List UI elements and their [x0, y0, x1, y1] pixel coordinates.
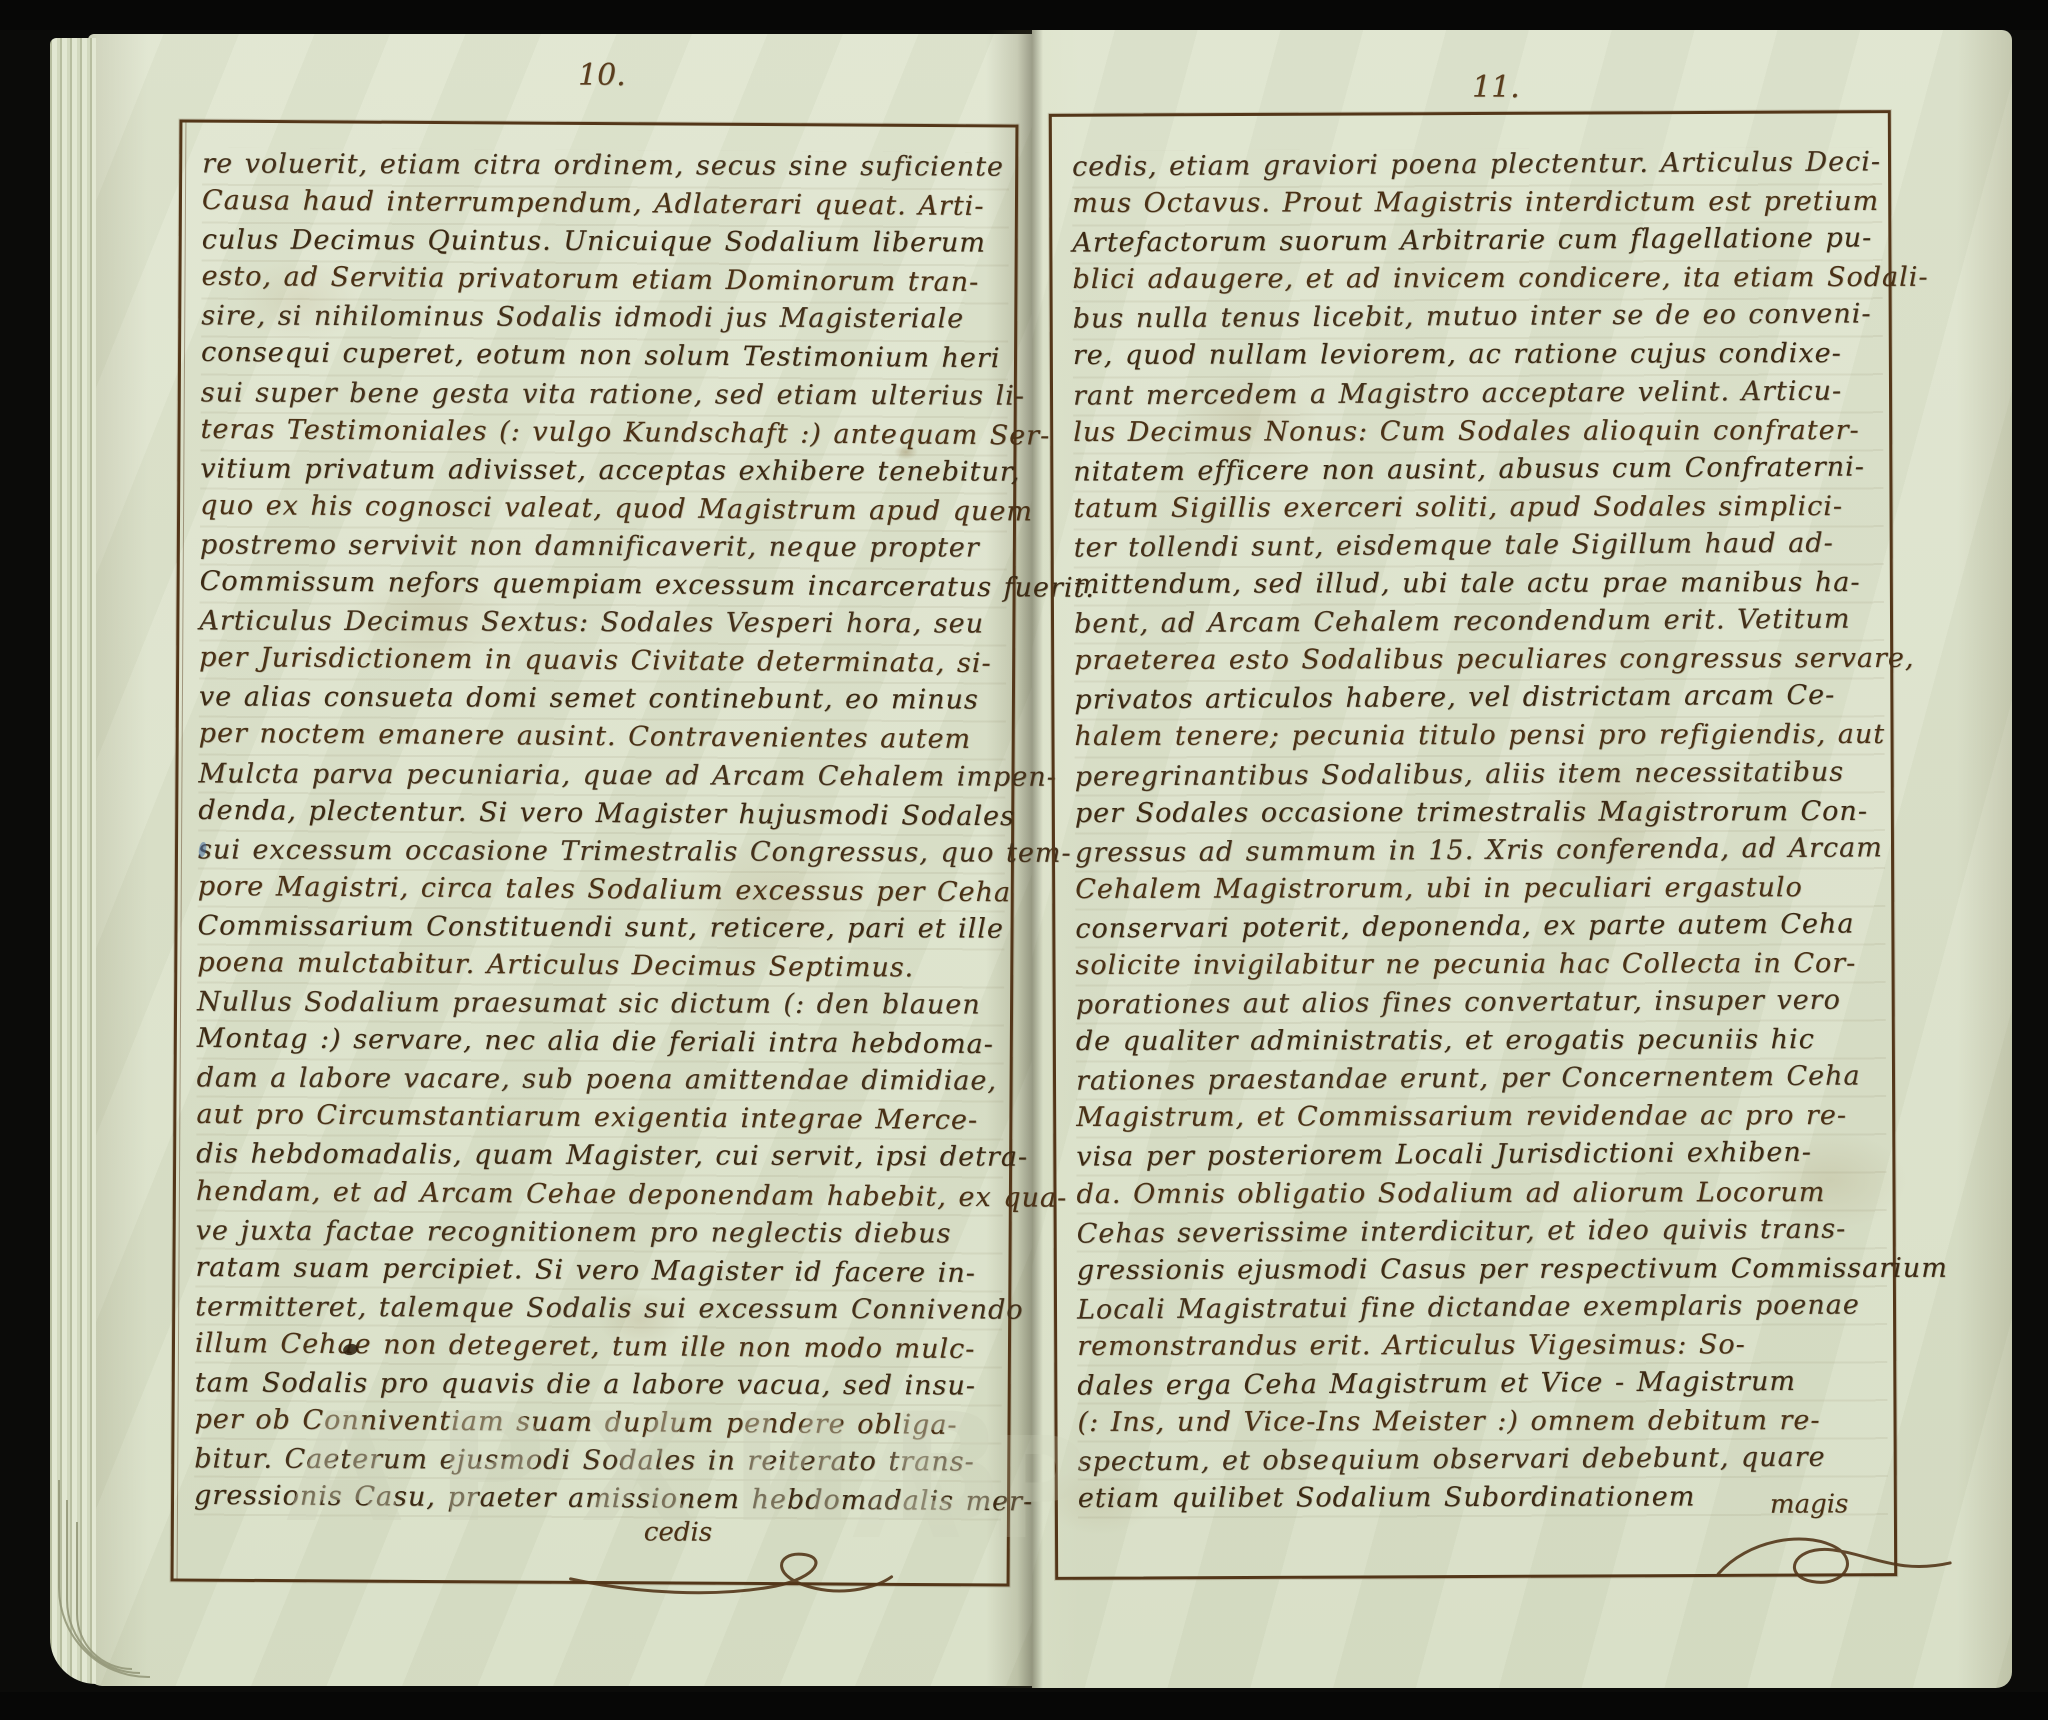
manuscript-line: Cehas severissime interdicitur, et ideo …	[1077, 1213, 1887, 1256]
manuscript-line: hendam, et ad Arcam Cehae deponendam hab…	[196, 1175, 1003, 1219]
manuscript-line: conservari poterit, deponenda, ex parte …	[1075, 908, 1885, 951]
manuscript-line: blici adaugere, et ad invicem condicere,…	[1072, 262, 1882, 302]
manuscript-line: gressus ad summum in 15. Xris conferenda…	[1075, 832, 1885, 875]
ink-flourish-icon	[1706, 1521, 1966, 1612]
manuscript-line: dam a labore vacare, sub poena amittenda…	[197, 1063, 1004, 1104]
manuscript-line: illum Cehae non detegeret, tum ille non …	[195, 1328, 1002, 1372]
manuscript-line: ve juxta factae recognitionem pro neglec…	[196, 1215, 1003, 1256]
manuscript-line: sire, si nihilominus Sodalis idmodi jus …	[201, 301, 1008, 342]
manuscript-line: porationes aut alios fines convertatur, …	[1076, 984, 1886, 1027]
manuscript-line: praeterea esto Sodalibus peculiares cong…	[1074, 643, 1884, 683]
manuscript-line: Cehalem Magistrorum, ubi in peculiari er…	[1075, 872, 1885, 912]
manuscript-line: esto, ad Servitia privatorum etiam Domin…	[201, 261, 1008, 305]
manuscript-line: spectum, et obsequium observari debebunt…	[1078, 1442, 1888, 1485]
manuscript-line: denda, plectentur. Si vero Magister huju…	[198, 794, 1005, 838]
manuscript-line: bitur. Caeterum ejusmodi Sodales in reit…	[194, 1444, 1001, 1485]
manuscript-line: cedis, etiam graviori poena plectentur. …	[1072, 146, 1882, 189]
manuscript-line: remonstrandus erit. Articulus Vigesimus:…	[1077, 1329, 1887, 1369]
catchword-right: magis	[1770, 1489, 1849, 1519]
manuscript-text-left: re voluerit, etiam citra ordinem, secus …	[194, 148, 1009, 1524]
ink-flourish-icon	[565, 1545, 895, 1617]
manuscript-line: sui super bene gesta vita ratione, sed e…	[201, 377, 1008, 418]
manuscript-line: ve alias consueta domi semet continebunt…	[199, 682, 1006, 723]
manuscript-line: tatum Sigillis exerceri soliti, apud Sod…	[1073, 491, 1883, 531]
manuscript-line: ratam suam percipiet. Si vero Magister i…	[195, 1252, 1002, 1296]
manuscript-line: Mulcta parva pecuniaria, quae ad Arcam C…	[198, 758, 1005, 799]
manuscript-line: da. Omnis obligatio Sodalium ad aliorum …	[1076, 1176, 1886, 1216]
manuscript-line: halem tenere; pecunia titulo pensi pro r…	[1074, 719, 1884, 759]
manuscript-line: Commissarium Constituendi sunt, reticere…	[197, 910, 1004, 951]
manuscript-line: Locali Magistratui fine dictandae exempl…	[1077, 1289, 1887, 1332]
manuscript-line: per Jurisdictionem in quavis Civitate de…	[199, 642, 1006, 686]
manuscript-line: Nullus Sodalium praesumat sic dictum (: …	[197, 986, 1004, 1027]
manuscript-line: re, quod nullam leviorem, ac ratione cuj…	[1073, 338, 1883, 378]
manuscript-photograph: 10. 11. re voluerit, etiam citra ordinem…	[0, 0, 2048, 1720]
manuscript-line: visa per posteriorem Locali Jurisdiction…	[1076, 1137, 1886, 1180]
page-stack-edge	[50, 38, 96, 1684]
manuscript-line: Articulus Decimus Sextus: Sodales Vesper…	[199, 606, 1006, 647]
manuscript-line: re voluerit, etiam citra ordinem, secus …	[202, 148, 1009, 189]
manuscript-line: vitium privatum adivisset, acceptas exhi…	[200, 453, 1007, 494]
manuscript-line: consequi cuperet, eotum non solum Testim…	[201, 337, 1008, 381]
manuscript-line: dales erga Ceha Magistrum et Vice - Magi…	[1077, 1365, 1887, 1408]
manuscript-line: postremo servivit non damnificaverit, ne…	[200, 529, 1007, 570]
right-page-frame: cedis, etiam graviori poena plectentur. …	[1049, 110, 1897, 1580]
manuscript-line: per Sodales occasione trimestralis Magis…	[1075, 796, 1885, 836]
manuscript-line: Montag :) servare, nec alia die feriali …	[197, 1023, 1004, 1067]
manuscript-line: Commissum nefors quempiam excessum incar…	[199, 566, 1006, 610]
manuscript-line: rationes praestandae erunt, per Concerne…	[1076, 1061, 1886, 1104]
manuscript-line: quo ex his cognosci valeat, quod Magistr…	[200, 490, 1007, 534]
manuscript-line: de qualiter administratis, et erogatis p…	[1076, 1024, 1886, 1064]
manuscript-line: aut pro Circumstantiarum exigentia integ…	[196, 1099, 1003, 1143]
manuscript-line: per noctem emanere ausint. Contravenient…	[199, 718, 1006, 762]
manuscript-line: mittendum, sed illud, ubi tale actu prae…	[1074, 567, 1884, 607]
manuscript-line: solicite invigilabitur ne pecunia hac Co…	[1075, 948, 1885, 988]
manuscript-line: pore Magistri, circa tales Sodalium exce…	[198, 871, 1005, 915]
manuscript-line: poena mulctabitur. Articulus Decimus Sep…	[197, 947, 1004, 991]
page-number-left: 10.	[578, 58, 626, 93]
manuscript-line: per ob Conniventiam suam duplum pendere …	[194, 1404, 1001, 1448]
photo-backdrop-top	[0, 0, 2048, 30]
manuscript-line: dis hebdomadalis, quam Magister, cui ser…	[196, 1139, 1003, 1180]
manuscript-line: gressionis ejusmodi Casus per respectivu…	[1077, 1253, 1887, 1293]
page-number-right: 11.	[1472, 70, 1520, 105]
manuscript-line: privatos articulos habere, vel districta…	[1074, 680, 1884, 723]
manuscript-line: culus Decimus Quintus. Unicuique Sodaliu…	[202, 225, 1009, 266]
manuscript-line: teras Testimoniales (: vulgo Kundschaft …	[200, 414, 1007, 458]
manuscript-line: mus Octavus. Prout Magistris interdictum…	[1072, 186, 1882, 226]
manuscript-line: ter tollendi sunt, eisdemque tale Sigill…	[1074, 527, 1884, 570]
manuscript-line: peregrinantibus Sodalibus, aliis item ne…	[1075, 756, 1885, 799]
manuscript-line: gressionis Casu, praeter amissionem hebd…	[194, 1480, 1001, 1524]
left-page-frame: re voluerit, etiam citra ordinem, secus …	[171, 119, 1019, 1586]
manuscript-line: rant mercedem a Magistro acceptare velin…	[1073, 375, 1883, 418]
photo-backdrop-bottom	[0, 1692, 2048, 1720]
manuscript-line: (: Ins, und Vice-Ins Meister :) omnem de…	[1077, 1405, 1887, 1445]
manuscript-line: etiam quilibet Sodalium Subordinationem	[1078, 1481, 1888, 1521]
manuscript-line: nitatem efficere non ausint, abusus cum …	[1073, 451, 1883, 494]
manuscript-line: tam Sodalis pro quavis die a labore vacu…	[195, 1367, 1002, 1408]
catchword-left: cedis	[644, 1517, 712, 1547]
manuscript-line: Magistrum, et Commissarium revidendae ac…	[1076, 1100, 1886, 1140]
manuscript-line: lus Decimus Nonus: Cum Sodales alioquin …	[1073, 415, 1883, 455]
manuscript-text-right: cedis, etiam graviori poena plectentur. …	[1072, 147, 1888, 1522]
manuscript-line: Causa haud interrumpendum, Adlaterari qu…	[202, 185, 1009, 229]
manuscript-line: termitteret, talemque Sodalis sui excess…	[195, 1291, 1002, 1332]
manuscript-line: sui excessum occasione Trimestralis Cong…	[198, 834, 1005, 875]
manuscript-line: bent, ad Arcam Cehalem recondendum erit.…	[1074, 603, 1884, 646]
manuscript-line: bus nulla tenus licebit, mutuo inter se …	[1073, 299, 1883, 342]
manuscript-line: Artefactorum suorum Arbitrarie cum flage…	[1072, 223, 1882, 266]
